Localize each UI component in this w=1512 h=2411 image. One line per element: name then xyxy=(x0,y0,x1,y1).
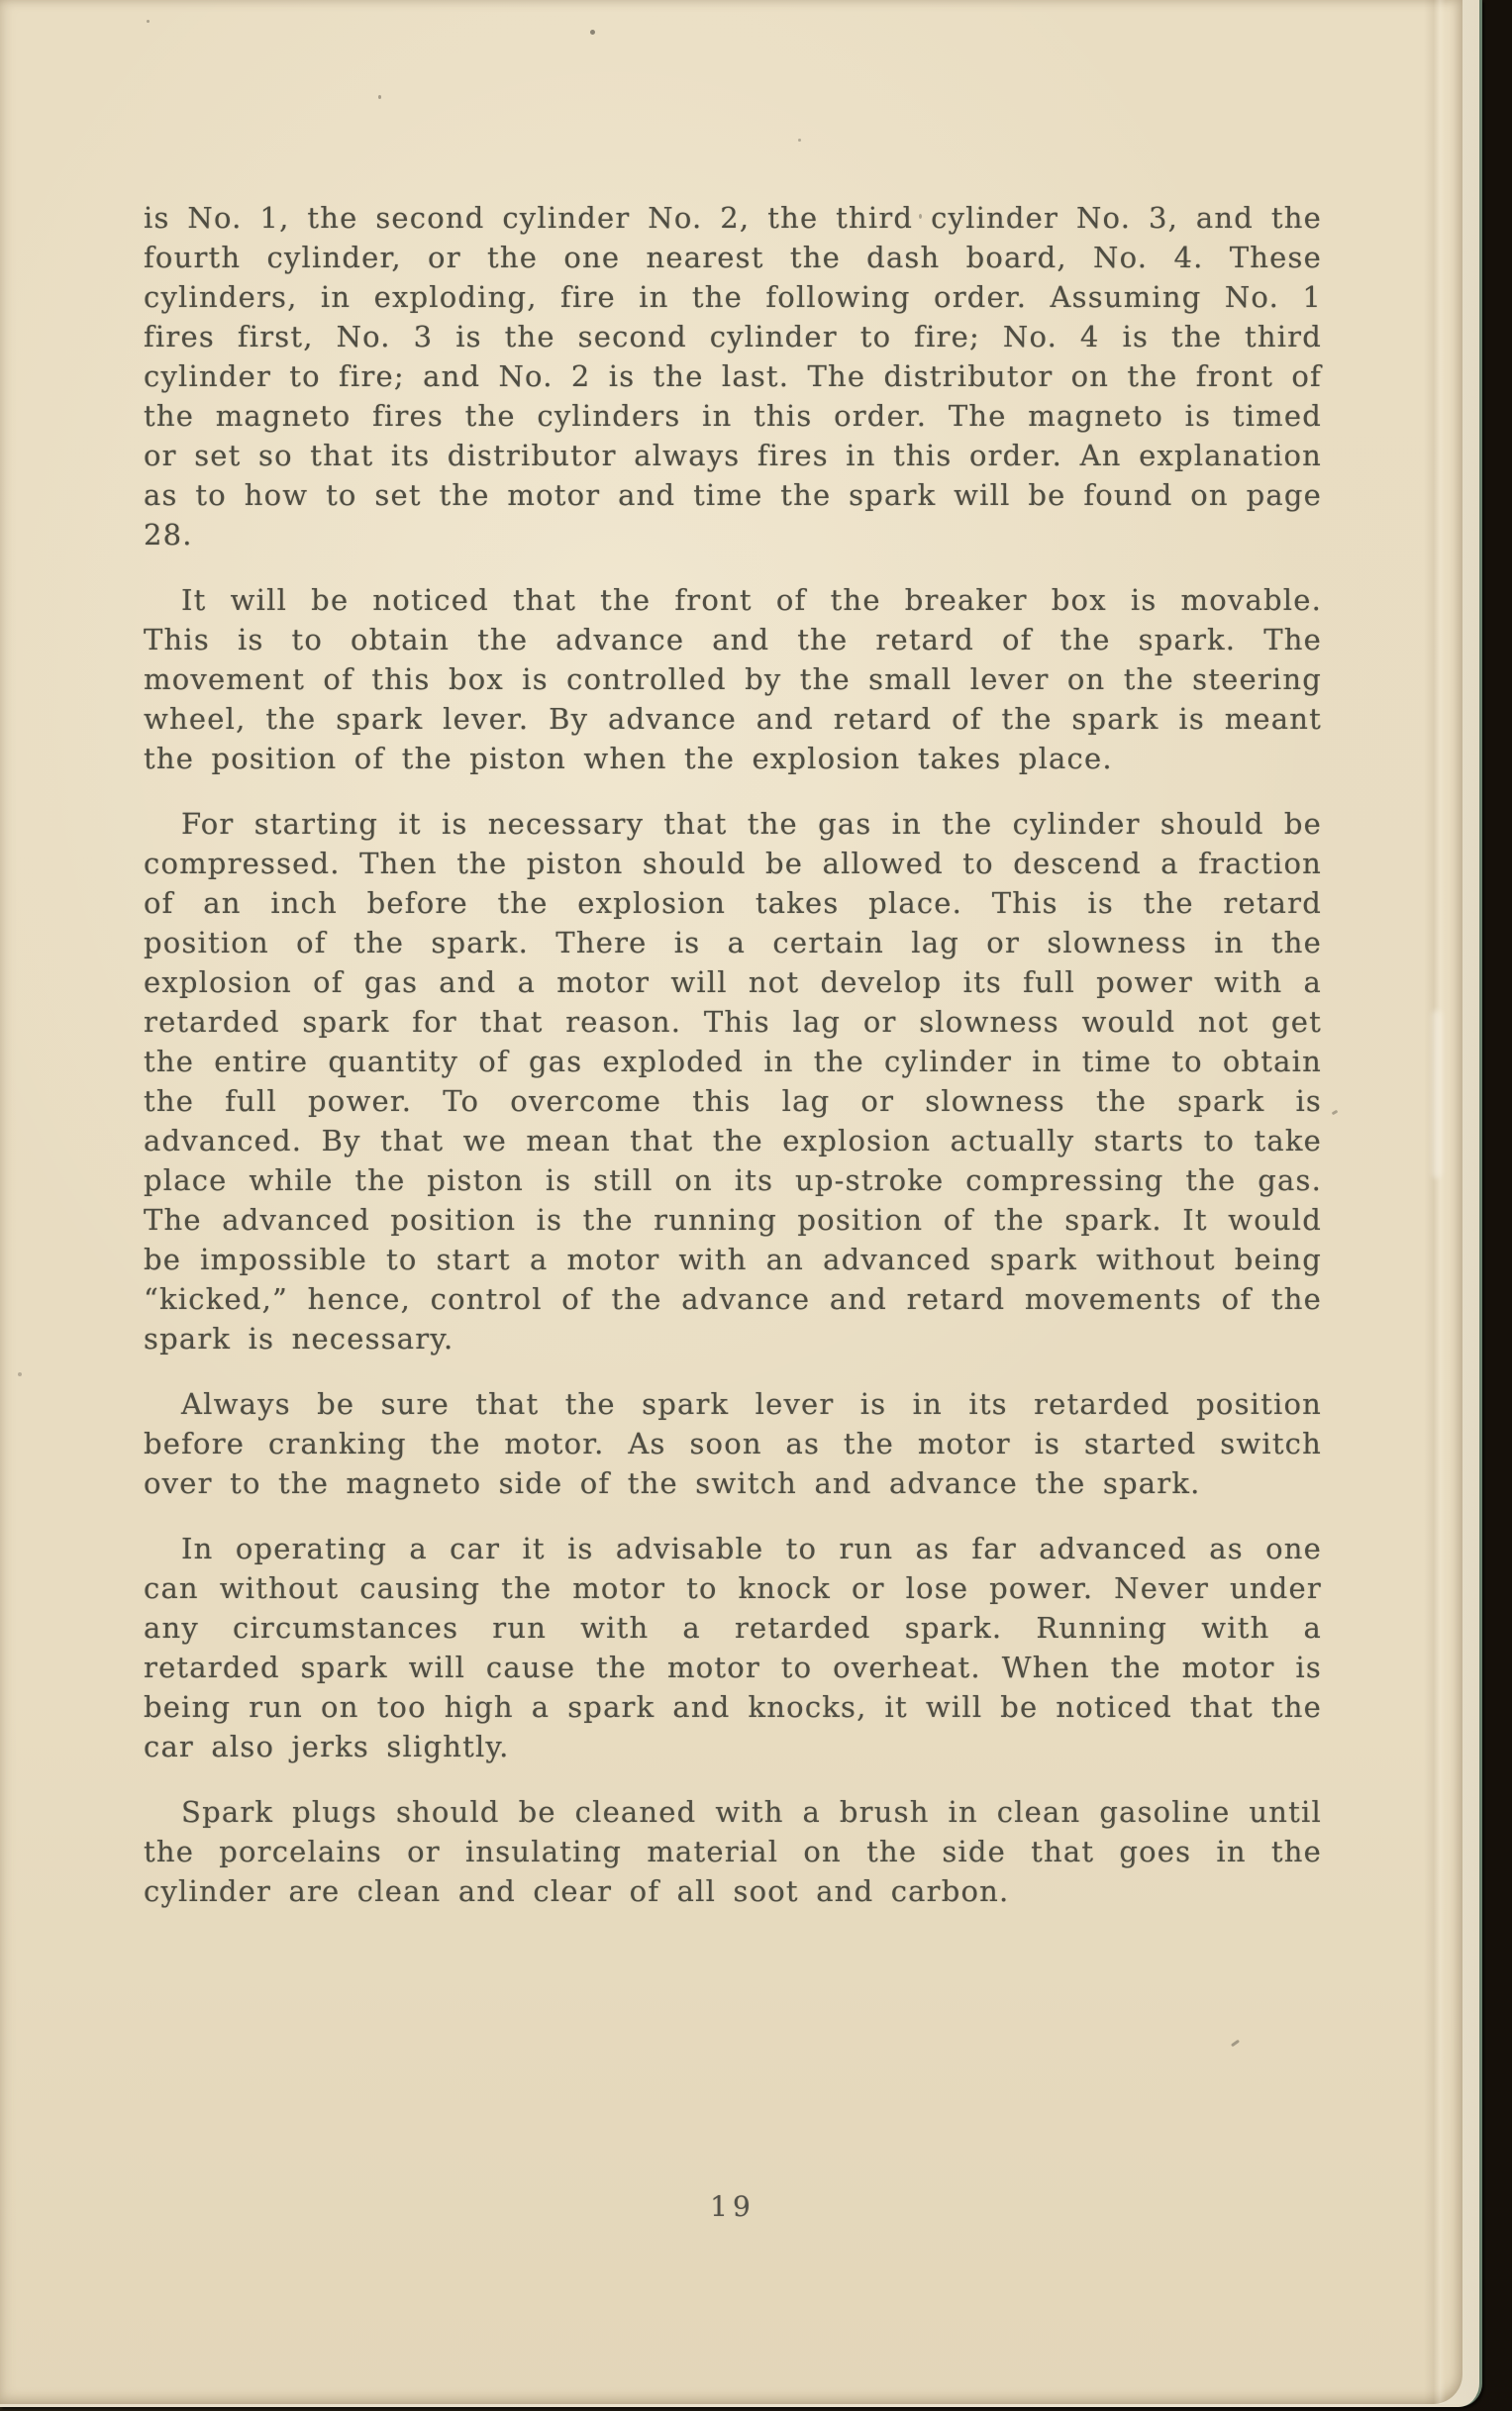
dust-speck xyxy=(378,95,381,99)
book-page: is No. 1, the second cylinder No. 2, the… xyxy=(0,0,1462,2404)
paragraph-2: It will be noticed that the front of the… xyxy=(144,580,1322,778)
page-number: 19 xyxy=(144,2190,1322,2223)
dust-speck xyxy=(798,139,801,142)
dust-speck xyxy=(147,20,150,23)
paragraph-4: Always be sure that the spark lever is i… xyxy=(144,1384,1322,1503)
page-text-block: is No. 1, the second cylinder No. 2, the… xyxy=(144,198,1322,1937)
paragraph-1: is No. 1, the second cylinder No. 2, the… xyxy=(144,198,1322,554)
paragraph-5: In operating a car it is advisable to ru… xyxy=(144,1529,1322,1766)
paragraph-3: For starting it is necessary that the ga… xyxy=(144,804,1322,1358)
paragraph-6: Spark plugs should be cleaned with a bru… xyxy=(144,1792,1322,1911)
dust-speck xyxy=(1231,2040,1240,2048)
dust-speck xyxy=(1332,1110,1339,1116)
dust-speck xyxy=(919,214,922,219)
page-crease xyxy=(1424,0,1446,2404)
dust-speck xyxy=(18,1372,22,1376)
paper-smudge xyxy=(1432,1010,1442,1178)
dust-speck xyxy=(590,30,595,35)
